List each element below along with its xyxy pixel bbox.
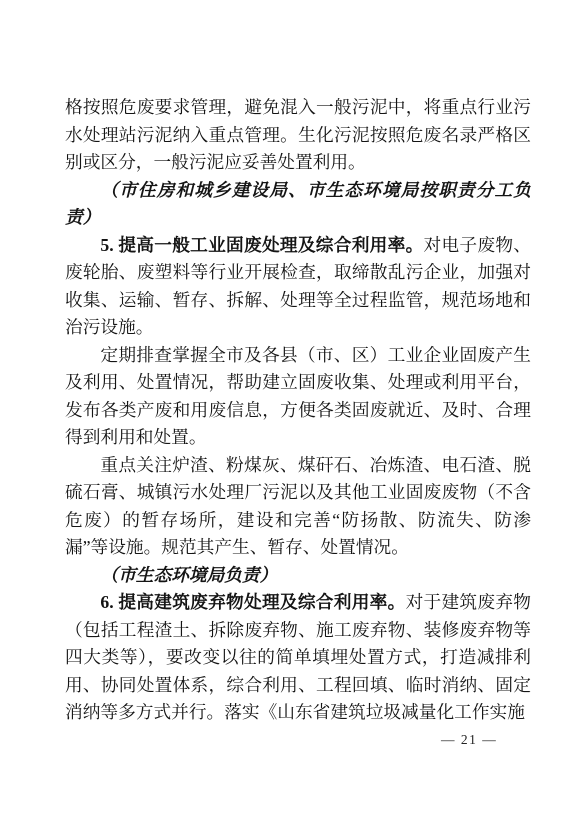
attribution-text: （市生态环境局负责） [100, 565, 277, 585]
paragraph-text: 重点关注炉渣、粉煤灰、煤矸石、冶炼渣、电石渣、脱硫石膏、城镇污水处理厂污泥以及其… [65, 455, 531, 558]
attribution-text: （市住房和城乡建设局、市生态环境局按职责分工负责） [65, 180, 531, 228]
paragraph-sludge-continuation: 格按照危废要求管理，避免混入一般污泥中，将重点行业污水处理站污泥纳入重点管理。生… [65, 94, 531, 177]
attribution-line-ecology-bureau: （市生态环境局负责） [65, 562, 531, 590]
paragraph-item-6: 6. 提高建筑废弃物处理及综合利用率。对于建筑废弃物（包括工程渣土、拆除废弃物、… [65, 589, 531, 727]
item-6-heading: 6. 提高建筑废弃物处理及综合利用率。 [100, 592, 405, 612]
document-text-block: 格按照危废要求管理，避免混入一般污泥中，将重点行业污水处理站污泥纳入重点管理。生… [65, 94, 531, 727]
paragraph-regular-inspection: 定期排查掌握全市及各县（市、区）工业企业固废产生及利用、处置情况，帮助建立固废收… [65, 342, 531, 452]
paragraph-text: 格按照危废要求管理，避免混入一般污泥中，将重点行业污水处理站污泥纳入重点管理。生… [65, 97, 531, 172]
item-5-heading: 5. 提高一般工业固废处理及综合利用率。 [100, 235, 423, 255]
paragraph-key-focus-slag: 重点关注炉渣、粉煤灰、煤矸石、冶炼渣、电石渣、脱硫石膏、城镇污水处理厂污泥以及其… [65, 452, 531, 562]
page-number-text: — 21 — [441, 732, 497, 747]
attribution-line-housing-ecology: （市住房和城乡建设局、市生态环境局按职责分工负责） [65, 177, 531, 232]
paragraph-item-5: 5. 提高一般工业固废处理及综合利用率。对电子废物、废轮胎、废塑料等行业开展检查… [65, 232, 531, 342]
document-page: 格按照危废要求管理，避免混入一般污泥中，将重点行业污水处理站污泥纳入重点管理。生… [0, 0, 578, 818]
page-number: — 21 — [441, 732, 497, 748]
paragraph-text: 定期排查掌握全市及各县（市、区）工业企业固废产生及利用、处置情况，帮助建立固废收… [65, 345, 531, 448]
